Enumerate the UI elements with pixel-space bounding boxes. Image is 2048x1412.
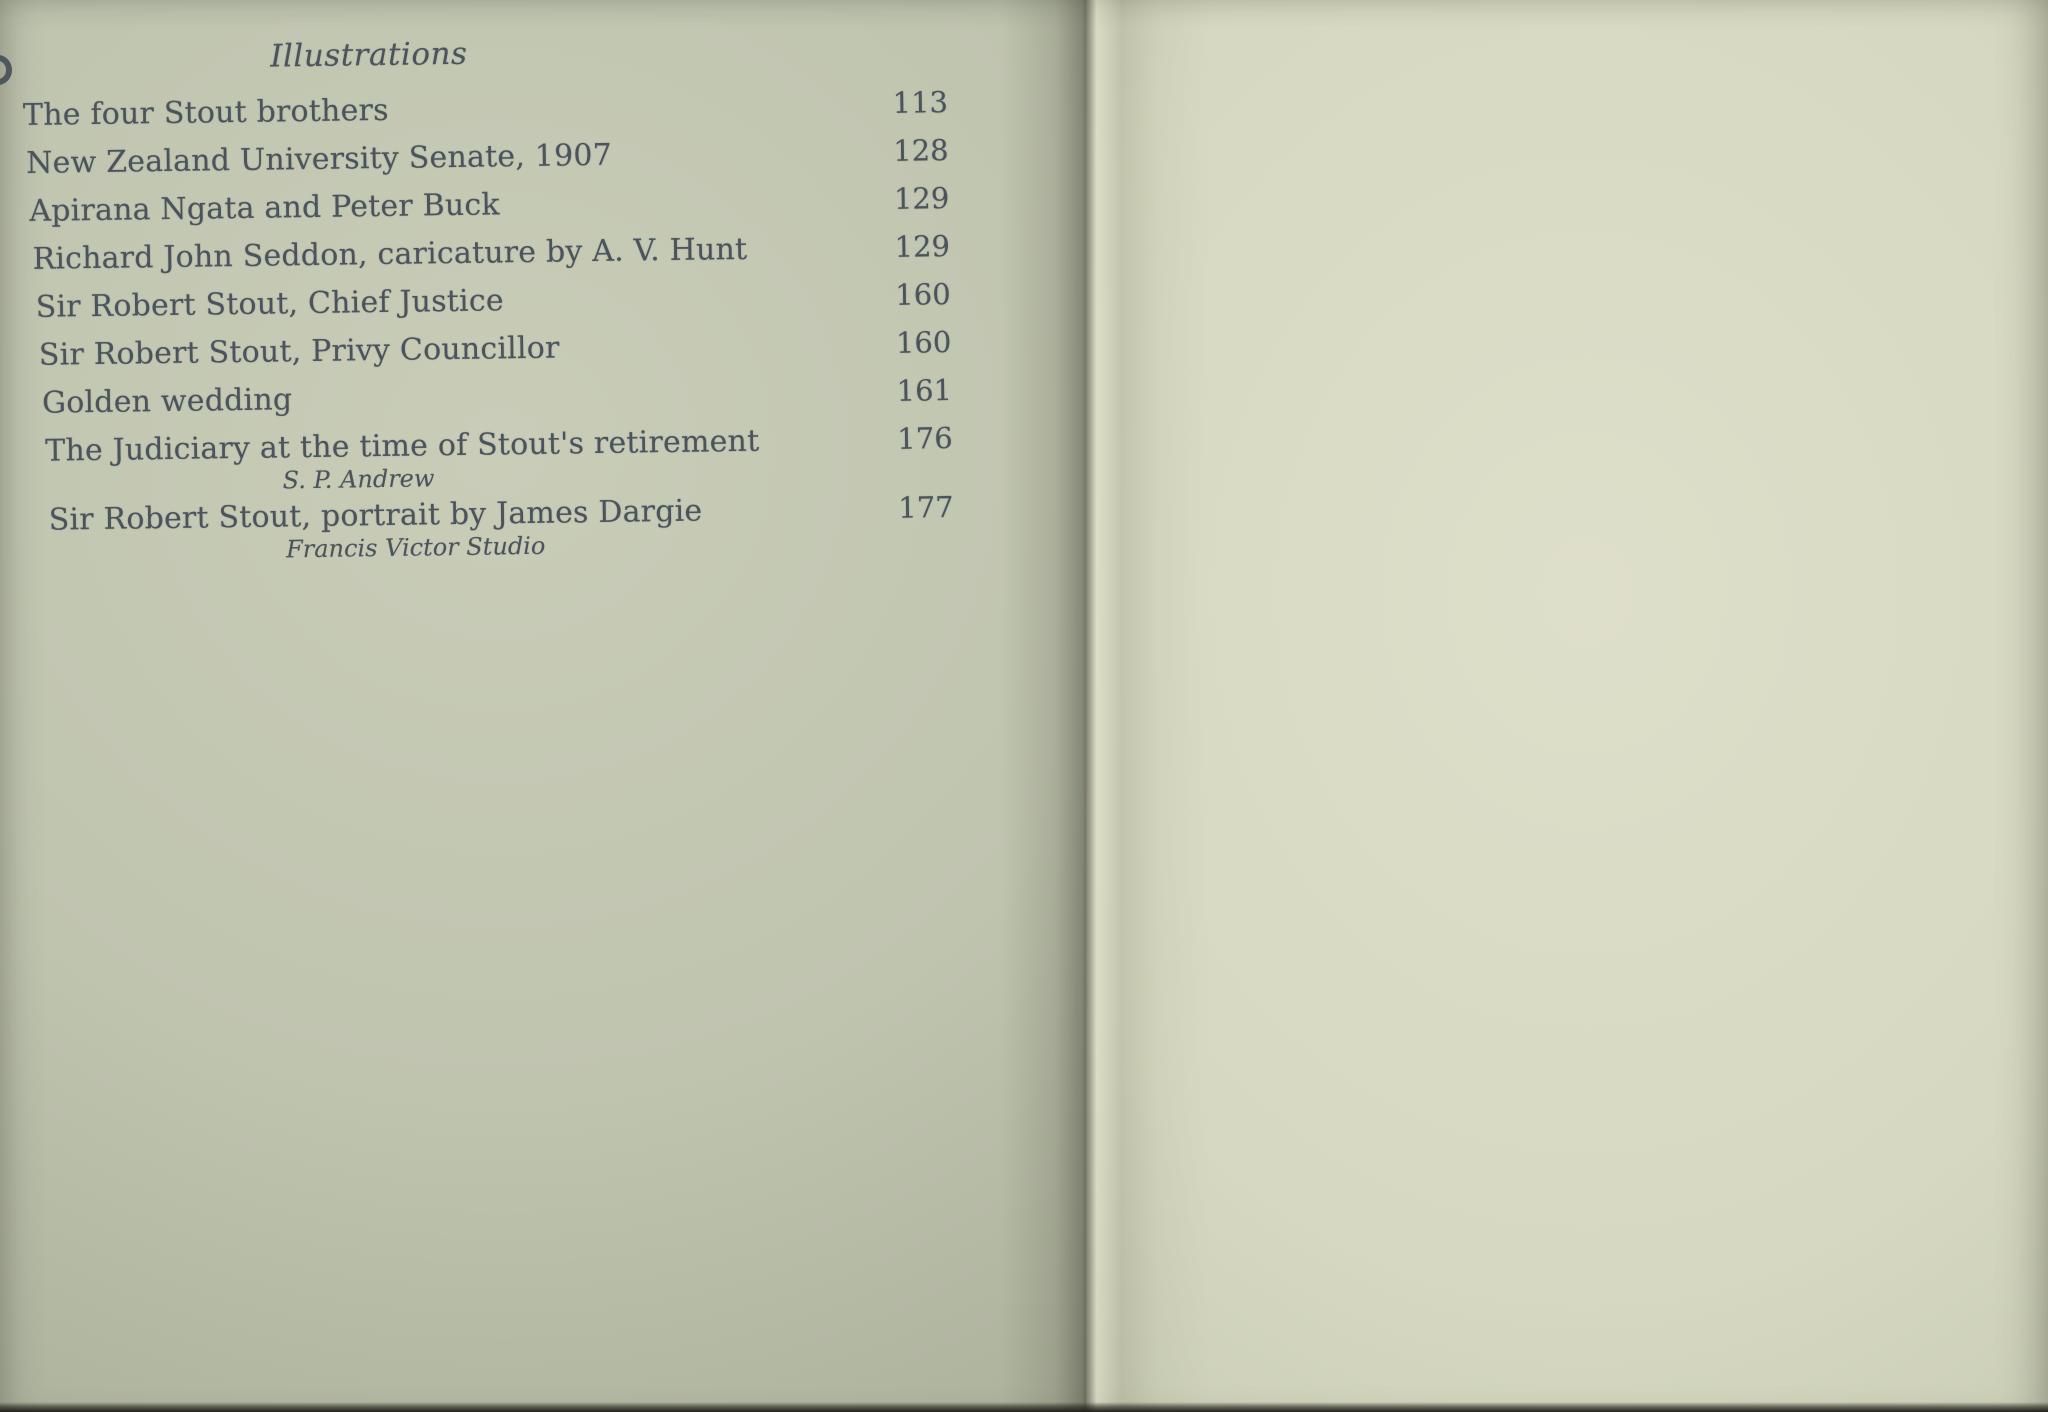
illustration-entry: The Judiciary at the time of Stout's ret… bbox=[28, 421, 954, 499]
illustration-entry: Sir Robert Stout, portrait by James Darg… bbox=[28, 490, 954, 568]
illustration-page-number: 113 bbox=[868, 85, 948, 121]
illustrations-section: Illustrations The four Stout brothers113… bbox=[22, 27, 954, 572]
illustration-page-number: 128 bbox=[868, 133, 948, 169]
illustration-label: Sir Robert Stout, Privy Councillor bbox=[39, 326, 872, 373]
illustration-entry: The four Stout brothers113 bbox=[23, 85, 948, 133]
book-photo: Illustrations The four Stout brothers113… bbox=[0, 0, 2048, 1412]
illustration-entry: Richard John Seddon, caricature by A. V.… bbox=[25, 229, 950, 277]
right-page: Preface A s we bring this biography to c… bbox=[1086, 0, 2048, 1412]
illustration-label: Apirana Ngata and Peter Buck bbox=[29, 182, 869, 229]
cropped-page-number-fragment bbox=[0, 55, 12, 85]
illustration-page-number: 176 bbox=[872, 421, 952, 457]
illustration-page-number: 177 bbox=[873, 490, 953, 526]
illustrations-title: Illustrations bbox=[270, 27, 947, 76]
illustration-entry: Sir Robert Stout, Privy Councillor160 bbox=[26, 325, 951, 373]
illustration-label: Sir Robert Stout, Chief Justice bbox=[35, 278, 870, 325]
left-page: Illustrations The four Stout brothers113… bbox=[0, 0, 1086, 1412]
illustration-label: Golden wedding bbox=[42, 374, 872, 421]
illustration-entry: New Zealand University Senate, 1907128 bbox=[23, 133, 948, 181]
illustration-label: New Zealand University Senate, 1907 bbox=[26, 134, 869, 181]
illustration-entry: Sir Robert Stout, Chief Justice160 bbox=[25, 277, 950, 325]
illustration-page-number: 160 bbox=[871, 325, 951, 361]
illustration-page-number: 129 bbox=[870, 229, 950, 265]
illustration-page-number: 161 bbox=[872, 373, 952, 409]
illustration-page-number: 129 bbox=[869, 181, 949, 217]
illustration-label: Richard John Seddon, caricature by A. V.… bbox=[32, 230, 870, 277]
illustration-entry: Golden wedding161 bbox=[27, 373, 952, 421]
illustration-entry: Apirana Ngata and Peter Buck129 bbox=[24, 181, 949, 229]
illustrations-list: The four Stout brothers113New Zealand Un… bbox=[23, 85, 954, 568]
illustration-label: The four Stout brothers bbox=[23, 86, 868, 133]
illustration-page-number: 160 bbox=[870, 277, 950, 313]
